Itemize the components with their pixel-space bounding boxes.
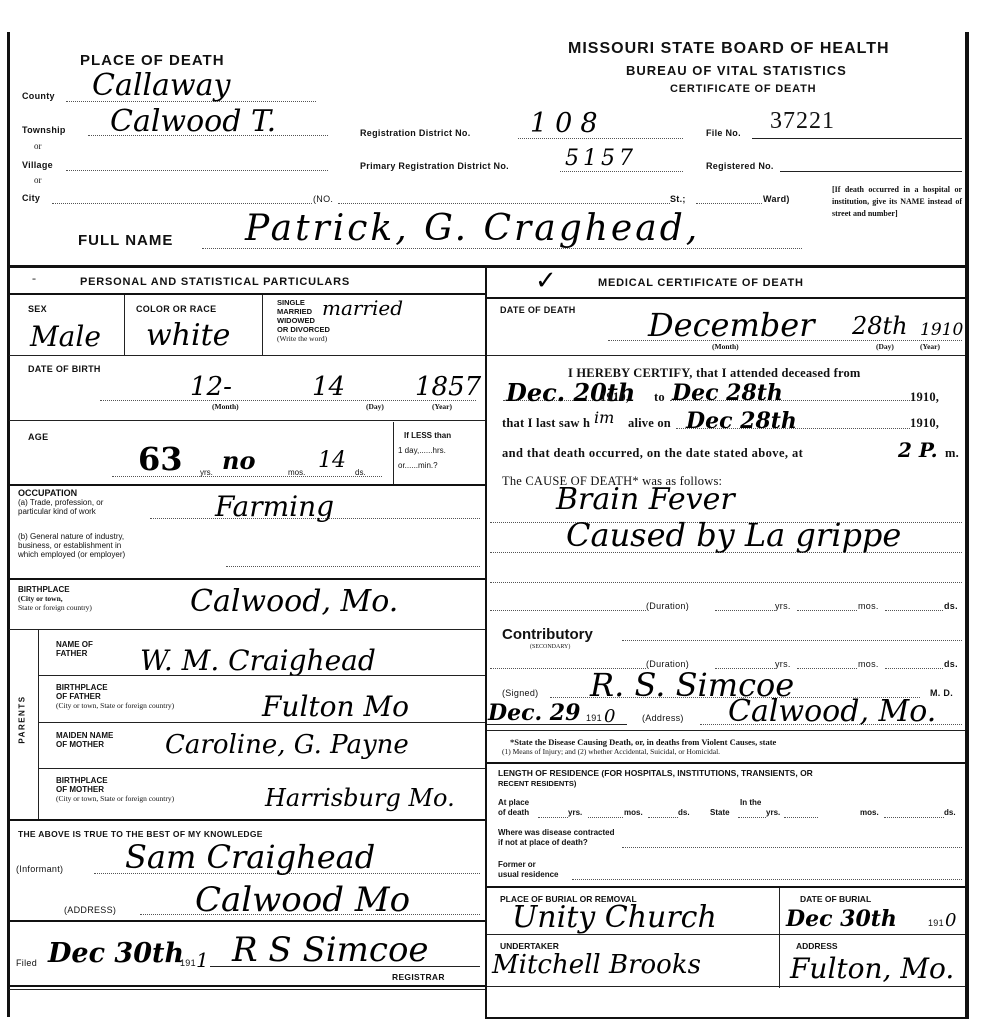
age-months-value[interactable]: no	[222, 446, 255, 475]
father-bp-label-1: BIRTHPLACE	[56, 683, 108, 692]
registration-district-label: Registration District No.	[360, 128, 471, 138]
registered-no-line	[780, 171, 962, 172]
row-divider	[487, 886, 965, 888]
former-residence-line1: Former or	[498, 860, 536, 869]
md-address-value[interactable]: Calwood, Mo.	[728, 694, 936, 729]
contracted-line2: if not at place of death?	[498, 838, 588, 847]
ds-label: ds.	[355, 468, 366, 477]
dob-year-value[interactable]: 1857	[415, 372, 481, 402]
mother-name-value[interactable]: Caroline, G. Payne	[165, 730, 409, 760]
township-label: Township	[22, 125, 66, 135]
in-state-mos: mos.	[860, 808, 879, 817]
birthplace-label: BIRTHPLACE	[18, 585, 70, 594]
ward-line	[696, 203, 762, 204]
contracted-line	[622, 847, 962, 848]
duration2-ds-line	[885, 668, 943, 669]
occupation-label: OCCUPATION	[18, 489, 77, 498]
md-address-label: (Address)	[642, 713, 684, 723]
medical-heading: MEDICAL CERTIFICATE OF DEATH	[598, 277, 804, 289]
father-name-value[interactable]: W. M. Craighead	[140, 644, 376, 677]
ward-label: Ward)	[763, 194, 790, 204]
row-divider	[9, 355, 485, 356]
row-divider	[487, 934, 965, 935]
at-place-ds-line	[648, 817, 678, 818]
duration-mos-line	[797, 610, 857, 611]
at-place-line2: of death	[498, 808, 529, 817]
row-divider	[9, 578, 485, 580]
row-divider	[38, 675, 485, 676]
at-place-mos: mos.	[624, 808, 643, 817]
row-divider	[487, 730, 965, 731]
undertaker-address-label: ADDRESS	[796, 942, 838, 951]
to-label: to	[654, 390, 665, 405]
in-state-line1: In the	[740, 798, 761, 807]
to-year: 1910,	[910, 390, 939, 405]
township-value[interactable]: Calwood T.	[110, 104, 276, 139]
age-label: AGE	[28, 432, 48, 442]
dod-day-value[interactable]: 28th	[852, 312, 908, 340]
row-divider	[9, 819, 485, 821]
row-divider	[487, 986, 965, 987]
year-caption: (Year)	[920, 342, 940, 351]
contracted-line1: Where was disease contracted	[498, 828, 615, 837]
month-caption: (Month)	[212, 402, 239, 411]
yrs-label: yrs.	[200, 468, 213, 477]
in-state-yrs-line	[738, 817, 766, 818]
informant-label: (Informant)	[16, 864, 63, 874]
birthplace-sub1: (City or town,	[18, 594, 63, 603]
occupation-a-line1: (a) Trade, profession, or	[18, 498, 103, 507]
village-label: Village	[22, 160, 53, 170]
full-name-value[interactable]: Patrick, G. Craghead,	[245, 208, 700, 249]
informant-address-label: (ADDRESS)	[64, 905, 116, 915]
bottom-border	[485, 1017, 969, 1019]
personal-heading: PERSONAL AND STATISTICAL PARTICULARS	[80, 276, 350, 288]
footnote-line2: (1) Means of Injury; and (2) whether Acc…	[502, 747, 720, 756]
bureau-title: BUREAU OF VITAL STATISTICS	[626, 63, 847, 78]
street-no-label: (NO.	[313, 194, 333, 204]
mos-label: mos.	[288, 468, 305, 477]
if-less-line1: If LESS than	[404, 431, 451, 440]
board-title: MISSOURI STATE BOARD OF HEALTH	[568, 40, 890, 58]
full-name-label: FULL NAME	[78, 232, 173, 249]
duration-yrs-line	[715, 610, 775, 611]
county-value[interactable]: Callaway	[92, 68, 230, 103]
sex-race-divider	[124, 295, 125, 355]
alive-on-label: alive on	[628, 416, 671, 431]
row-divider	[38, 768, 485, 769]
file-no-label: File No.	[706, 128, 741, 138]
county-label: County	[22, 91, 55, 101]
last-saw-label: that I last saw h	[502, 416, 590, 431]
parents-divider	[38, 629, 39, 819]
secondary-label: (SECONDARY)	[530, 643, 570, 652]
burial-date-label: DATE OF BURIAL	[800, 895, 871, 904]
row-divider	[487, 762, 965, 764]
bottom-divider	[9, 985, 485, 987]
race-marital-divider	[262, 295, 263, 355]
time-of-death-value[interactable]: 2 P.	[898, 438, 938, 462]
footnote-line1: *State the Disease Causing Death, or, in…	[510, 737, 776, 747]
duration2-ds: ds.	[944, 659, 958, 669]
mother-label-1: MAIDEN NAME	[56, 731, 113, 740]
village-line	[66, 170, 328, 171]
age-years-value[interactable]: 63	[138, 440, 183, 478]
mother-bp-label-3: (City or town, State or foreign country)	[56, 794, 174, 803]
row-divider	[9, 484, 485, 486]
duration-ds-line	[885, 610, 943, 611]
primary-registration-label: Primary Registration District No.	[360, 161, 509, 171]
father-label-1: NAME OF	[56, 640, 93, 649]
father-bp-label-2: OF FATHER	[56, 692, 101, 701]
cause-line2-value[interactable]: Caused by La grippe	[566, 516, 901, 554]
dob-day-value[interactable]: 14	[312, 372, 345, 402]
bottom-divider-2	[9, 989, 485, 990]
occupation-value[interactable]: Farming	[215, 490, 334, 523]
city-label: City	[22, 193, 40, 203]
marital-option-divorced: OR DIVORCED	[277, 325, 330, 334]
medical-heading-divider	[487, 297, 965, 299]
informant-address-value[interactable]: Calwood Mo	[195, 880, 410, 920]
race-label: COLOR OR RACE	[136, 304, 216, 314]
row-divider	[9, 420, 485, 421]
from-year: 1910,	[600, 390, 629, 405]
burial-year-prefix: 191	[928, 918, 944, 928]
duration2-mos: mos.	[858, 659, 879, 669]
check-mark: ✓	[535, 266, 557, 296]
registration-district-value[interactable]: 108	[530, 108, 606, 139]
father-birthplace-value[interactable]: Fulton Mo	[262, 690, 409, 723]
registrar-label: REGISTRAR	[392, 972, 445, 982]
or-label: or	[34, 142, 42, 151]
duration-ds: ds.	[944, 601, 958, 611]
former-residence-line	[572, 879, 962, 880]
signed-year-value[interactable]: 0	[604, 706, 615, 727]
personal-heading-divider	[9, 293, 485, 295]
duration-line	[490, 610, 646, 611]
mother-bp-label-2: OF MOTHER	[56, 785, 104, 794]
marital-option-single: SINGLE	[277, 298, 305, 307]
dod-month-value[interactable]: December	[648, 306, 815, 344]
birthplace-sub2: State or foreign country)	[18, 603, 92, 612]
cause-line-3	[490, 582, 962, 583]
signed-date-value[interactable]: Dec. 29	[488, 700, 580, 726]
primary-registration-line	[560, 171, 683, 172]
last-saw-pronoun[interactable]: im	[594, 408, 614, 427]
in-state-ds-line	[884, 817, 944, 818]
cause-line-2	[490, 552, 962, 553]
if-less-line2: 1 day,......hrs.	[398, 446, 446, 455]
mother-birthplace-value[interactable]: Harrisburg Mo.	[265, 784, 455, 812]
in-state-mos-line	[784, 817, 818, 818]
burial-year-value[interactable]: 0	[945, 910, 956, 931]
row-divider	[9, 629, 485, 630]
contributory-label: Contributory	[502, 626, 593, 643]
occupation-a-line2: particular kind of work	[18, 507, 96, 516]
at-place-mos-line	[588, 817, 623, 818]
marital-option-married: MARRIED	[277, 307, 312, 316]
if-less-line3: or......min.?	[398, 461, 438, 470]
dod-year-value[interactable]: 1910	[920, 320, 963, 340]
at-place-line1: At place	[498, 798, 529, 807]
residence-heading-line1: LENGTH OF RESIDENCE (FOR HOSPITALS, INST…	[498, 769, 813, 778]
father-label-2: FATHER	[56, 649, 87, 658]
undertaker-value[interactable]: Mitchell Brooks	[492, 950, 701, 980]
filed-label: Filed	[16, 958, 37, 968]
birthplace-value[interactable]: Calwood, Mo.	[190, 584, 398, 619]
hospital-note: [If death occurred in a hospital or inst…	[832, 184, 962, 220]
last-saw-date-value[interactable]: Dec 28th	[686, 408, 797, 434]
burial-divider	[779, 888, 780, 988]
residence-heading-line2: RECENT RESIDENTS)	[498, 779, 576, 788]
file-no-value[interactable]: 37221	[770, 108, 835, 135]
race-value[interactable]: white	[146, 318, 230, 353]
if-less-divider	[393, 422, 394, 484]
time-suffix: m.	[945, 446, 959, 461]
filed-year-value[interactable]: 1	[196, 948, 209, 972]
dash-mark: -	[32, 274, 36, 283]
month-caption: (Month)	[712, 342, 739, 351]
certificate-title: CERTIFICATE OF DEATH	[670, 83, 816, 95]
city-line	[52, 203, 312, 204]
marital-value[interactable]: married	[322, 296, 403, 320]
contributory-line	[622, 640, 962, 641]
duration-label: (Duration)	[646, 601, 689, 611]
undertaker-address-value[interactable]: Fulton, Mo.	[790, 952, 954, 985]
row-divider	[9, 920, 485, 922]
day-caption: (Day)	[366, 402, 384, 411]
in-state-yrs: yrs.	[766, 808, 780, 817]
dob-month-value[interactable]: 12-	[190, 372, 232, 402]
signed-year-prefix: 191	[586, 713, 602, 723]
duration-mos: mos.	[858, 601, 879, 611]
occupation-b-line2: business, or establishment in	[18, 541, 121, 550]
header-divider	[9, 265, 967, 268]
mother-label-2: OF MOTHER	[56, 740, 104, 749]
mother-bp-label-1: BIRTHPLACE	[56, 776, 108, 785]
duration-yrs: yrs.	[775, 601, 791, 611]
burial-place-value[interactable]: Unity Church	[512, 900, 717, 935]
street-no-line	[338, 203, 670, 204]
filed-year-prefix: 191	[180, 958, 196, 968]
registered-no-label: Registered No.	[706, 161, 774, 171]
st-label: St.;	[670, 194, 686, 204]
father-bp-label-3: (City or town, State or foreign country)	[56, 701, 174, 710]
filed-date-value[interactable]: Dec 30th	[48, 938, 184, 969]
right-border	[965, 32, 969, 1017]
dod-label: DATE OF DEATH	[500, 305, 576, 315]
occurred-text: and that death occurred, on the date sta…	[502, 446, 803, 461]
age-days-value[interactable]: 14	[318, 448, 346, 473]
last-saw-year: 1910,	[910, 416, 939, 431]
duration2-mos-line	[797, 668, 857, 669]
marital-option-widowed: WIDOWED	[277, 316, 315, 325]
row-divider	[487, 355, 965, 356]
marital-note: (Write the word)	[277, 334, 327, 343]
year-caption: (Year)	[432, 402, 452, 411]
at-place-yrs-line	[538, 817, 568, 818]
cause-line1-value[interactable]: Brain Fever	[556, 482, 735, 517]
informant-value[interactable]: Sam Craighead	[125, 838, 375, 876]
or-label: or	[34, 176, 42, 185]
primary-registration-value[interactable]: 5157	[565, 146, 637, 171]
signed-label: (Signed)	[502, 688, 538, 698]
in-state-ds: ds.	[944, 808, 956, 817]
parents-side-label: PARENTS	[18, 695, 27, 743]
occupation-b-line1: (b) General nature of industry,	[18, 532, 124, 541]
place-of-death-heading: PLACE OF DEATH	[80, 52, 225, 69]
in-state-line2: State	[710, 808, 730, 817]
day-caption: (Day)	[876, 342, 894, 351]
registrar-signature[interactable]: R S Simcoe	[232, 930, 429, 970]
to-date-value[interactable]: Dec 28th	[672, 380, 783, 406]
file-no-line	[752, 138, 962, 139]
registrar-line	[210, 966, 480, 967]
employer-line	[226, 566, 480, 567]
column-divider	[485, 268, 487, 1018]
sex-value[interactable]: Male	[30, 320, 101, 353]
at-place-yrs: yrs.	[568, 808, 582, 817]
dob-label: DATE OF BIRTH	[28, 364, 101, 374]
sex-label: SEX	[28, 304, 47, 314]
at-place-ds: ds.	[678, 808, 690, 817]
former-residence-line2: usual residence	[498, 870, 558, 879]
left-border	[7, 32, 10, 1017]
row-divider	[38, 722, 485, 723]
occupation-b-line3: which employed (or employer)	[18, 550, 125, 559]
burial-date-value[interactable]: Dec 30th	[786, 906, 897, 932]
